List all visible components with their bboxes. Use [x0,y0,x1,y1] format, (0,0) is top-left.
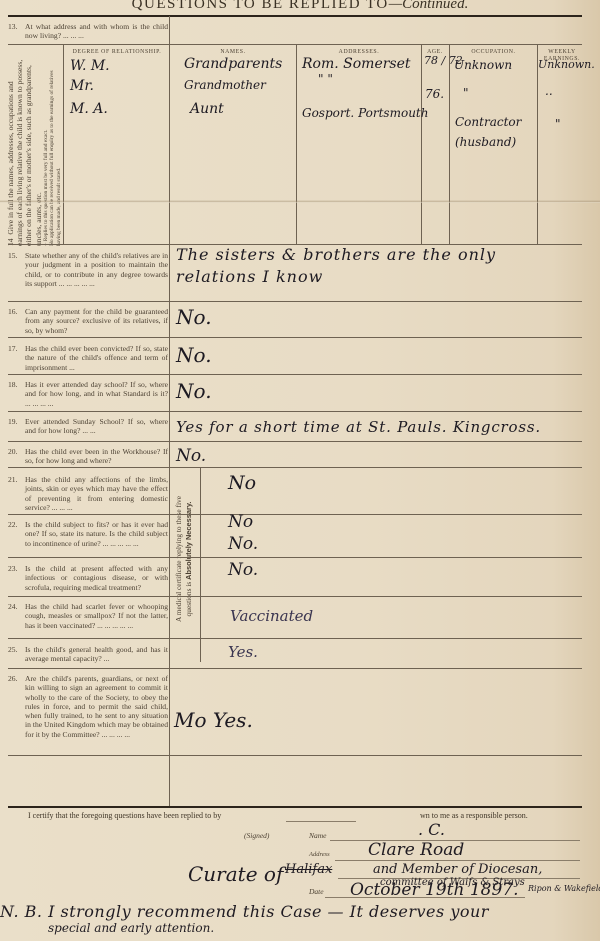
question-text: Ever attended Sunday School? If so, wher… [25,417,168,436]
medical-note-pre: questions is [184,580,193,617]
title-rule [8,15,582,17]
medical-certificate-note: A medical certificate replying to these … [170,470,206,648]
row-divider [8,557,582,558]
question-15: 15. State whether any of the child's rel… [8,251,168,288]
question-number: 19. [8,417,18,426]
row-divider [8,755,582,756]
question-18: 18. Has it ever attended day school? If … [8,380,168,408]
question-text: Give in full the names, addresses, occup… [6,60,43,246]
question-24: 24. Has the child had scarlet fever or w… [8,602,168,630]
question-number: 25. [8,645,18,654]
question-14: 14 Give in full the names, addresses, oc… [6,56,62,246]
question-19: 19. Ever attended Sunday School? If so, … [8,417,168,436]
question-21: 21. Has the child any affections of the … [8,475,168,512]
question-note: No application can be received without f… [49,56,62,246]
struck-text: Halifax [285,862,332,877]
question-number: 13. [8,22,18,31]
section-rule [8,806,582,808]
answer-22b[interactable]: No. [228,534,258,554]
curate-text: Curate of [188,862,283,886]
answer-13-field[interactable] [175,20,575,40]
certify-text: I certify that the foregoing questions h… [28,811,221,820]
col-divider [421,44,422,244]
question-number: 15. [8,251,18,260]
address-line [335,860,580,861]
relative-address: Gosport. Portsmouth [302,106,428,120]
answer-20[interactable]: No. [176,446,206,466]
question-22: 22. Is the child subject to fits? or has… [8,520,168,548]
question-number: 20. [8,447,18,456]
medical-note-line1: A medical certificate replying to these … [174,470,184,648]
col-header-names: NAMES. [170,49,296,56]
question-number: 21. [8,475,18,484]
relative-address: " " [318,72,333,86]
question-number: 16. [8,307,18,316]
row-divider [8,44,582,45]
relative-address: Rom. Somerset [302,56,411,72]
col-header-degree: DEGREE OF RELATIONSHIP. [66,49,168,56]
col-divider [296,44,297,244]
relative-age: 76. [425,87,444,101]
question-text: Has it ever attended day school? If so, … [25,380,168,408]
q14-divider [63,44,64,244]
relative-earnings: .. [545,84,553,98]
answer-15[interactable]: The sisters & brothers are the only rela… [176,244,581,288]
occupation-field[interactable]: and Member of Diocesan, [373,862,542,877]
col-divider [449,44,450,244]
name-label: Name [309,831,327,840]
question-text: Is the child at present affected with an… [25,564,168,592]
answer-26[interactable]: Mo Yes. [174,708,253,732]
question-text: Is the child subject to fits? or has it … [25,520,168,548]
row-divider [8,301,582,302]
row-divider [8,668,582,669]
title-suffix: —Continued. [389,0,469,12]
relative-name: Grandmother [184,78,266,92]
question-13: 13. At what address and with whom is the… [8,22,168,41]
question-number: 24. [8,602,18,611]
col-header-addresses: ADDRESSES. [297,49,421,56]
date-label: Date [309,887,324,896]
certify-blank[interactable] [286,821,356,822]
question-26: 26. Are the child's parents, guardians, … [8,674,168,739]
question-number: 22. [8,520,18,529]
answer-17[interactable]: No. [176,343,212,367]
answer-25[interactable]: Yes. [228,643,258,661]
signed-label: (Signed) [244,831,269,840]
postscript-line1: N. B. I strongly recommend this Case — I… [0,902,489,921]
relative-degree: M. A. [70,101,108,117]
question-text: Are the child's parents, guardians, or n… [25,674,168,739]
certify-right: wn to me as a responsible person. [420,811,528,820]
question-16: 16. Can any payment for the child be gua… [8,307,168,335]
question-text: Is the child's general health good, and … [25,645,168,664]
col-divider [537,44,538,244]
answer-18[interactable]: No. [176,379,212,403]
relative-occupation: Unknown [454,58,512,72]
row-divider [8,467,582,468]
row-divider [8,441,582,442]
row-divider [8,638,582,639]
question-number: 17. [8,344,18,353]
paper-fold [0,200,600,203]
question-25: 25. Is the child's general health good, … [8,645,168,664]
answer-16[interactable]: No. [176,305,212,329]
question-23: 23. Is the child at present affected wit… [8,564,168,592]
medical-note-line2: questions is Absolutely Necessary. [184,470,194,648]
address-label: Address [309,851,330,858]
row-divider [8,411,582,412]
question-17: 17. Has the child ever been convicted? I… [8,344,168,372]
question-text: State whether any of the child's relativ… [25,251,168,288]
answer-22[interactable]: No [228,512,253,532]
row-divider [8,337,582,338]
answer-21[interactable]: No [228,472,256,494]
row-divider [8,374,582,375]
question-text: Has the child any affections of the limb… [25,475,168,512]
address-field[interactable]: Clare Road [368,840,464,860]
row-divider [8,596,582,597]
relative-degree: W. M. [70,58,110,74]
relative-earnings: " [555,117,561,131]
postscript-line2: special and early attention. [48,921,214,935]
row-divider [8,514,582,515]
name-field[interactable]: . C. [418,820,445,839]
question-text: Has the child ever been convicted? If so… [25,344,168,372]
question-text: Can any payment for the child be guarant… [25,307,168,335]
relative-name: Aunt [190,101,224,117]
certify-left: I certify that the foregoing questions h… [28,811,221,820]
answer-23[interactable]: No. [228,560,258,580]
question-number: 18. [8,380,18,389]
title-text: QUESTIONS TO BE REPLIED TO [132,0,389,12]
relative-occupation: " [463,86,469,100]
question-text: At what address and with whom is the chi… [25,22,168,41]
question-number: 23. [8,564,18,573]
relative-occupation: Contractor (husband) [455,112,525,152]
answer-19[interactable]: Yes for a short time at St. Pauls. Kingc… [176,418,541,436]
date-field[interactable]: October 19th 1897. [350,880,518,900]
answer-24[interactable]: Vaccinated [230,607,313,625]
question-number: 26. [8,674,18,683]
question-20: 20. Has the child ever been in the Workh… [8,447,168,466]
relative-earnings: Unknown. [538,58,595,71]
relative-name: Grandparents [184,56,282,72]
question-text: Has the child ever been in the Workhouse… [25,447,168,466]
relative-degree: Mr. [70,78,94,94]
page-title: QUESTIONS TO BE REPLIED TO—Continued. [0,0,600,13]
date-note: Ripon & Wakefield [528,884,600,893]
question-text: Has the child had scarlet fever or whoop… [25,602,168,630]
col-header-occupation: OCCUPATION. [450,49,537,56]
form-page: QUESTIONS TO BE REPLIED TO—Continued. 13… [0,0,600,941]
